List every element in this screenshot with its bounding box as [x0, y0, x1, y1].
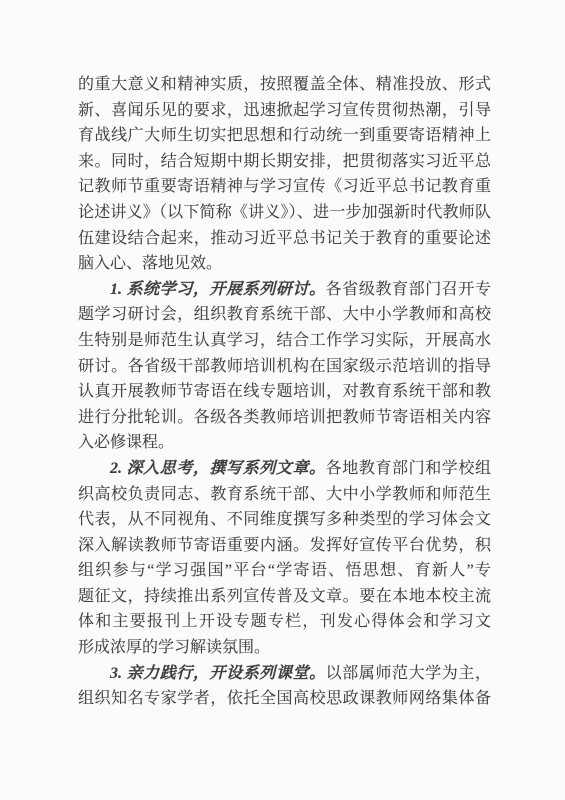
text-line: 组织参与“学习强国”平台“学寄语、悟思想、育新人”专 — [78, 558, 491, 584]
line-text: 脑入心、落地见效。 — [78, 255, 222, 272]
line-text: 育战线广大师生切实把思想和行动统一到重要寄语精神上 — [78, 127, 491, 144]
line-text: 深入解读教师节寄语重要内涵。发挥好宣传平台优势，积极 — [78, 537, 491, 559]
line-text: 形成浓厚的学习解读氛围。 — [78, 639, 270, 656]
text-line: 来。同时，结合短期中期长期安排，把贯彻落实习近平总书 — [78, 149, 491, 175]
line-text: 入必修课程。 — [78, 434, 174, 451]
text-line: 织高校负责同志、教育系统干部、大中小学教师和师范生等 — [78, 482, 491, 508]
line-text: 论述讲义》（以下简称《讲义》）、进一步加强新时代教师队 — [78, 204, 491, 221]
paragraph-heading: 3. 亲力践行，开设系列课堂。 — [110, 665, 326, 682]
text-line: 代表，从不同视角、不同维度撰写多种类型的学习体会文章， — [78, 507, 491, 533]
text-line: 2. 深入思考，撰写系列文章。各地教育部门和学校组 — [78, 456, 491, 482]
line-text: 组织参与“学习强国”平台“学寄语、悟思想、育新人”专 — [78, 562, 491, 579]
text-line: 的重大意义和精神实质，按照覆盖全体、精准投放、形式创 — [78, 72, 491, 98]
text-line: 组织知名专家学者，依托全国高校思政课教师网络集体备课 — [78, 686, 491, 712]
text-line: 进行分批轮训。各级各类教师培训把教师节寄语相关内容纳 — [78, 405, 491, 431]
line-text: 各省级教育部门召开专 — [326, 281, 491, 298]
line-text: 认真开展教师节寄语在线专题培训，对教育系统干部和教师 — [78, 383, 491, 405]
line-text: 新、喜闻乐见的要求，迅速掀起学习宣传贯彻热潮，引导教 — [78, 102, 491, 124]
paragraph-heading: 1. 系统学习，开展系列研讨。 — [110, 281, 326, 298]
text-line: 新、喜闻乐见的要求，迅速掀起学习宣传贯彻热潮，引导教 — [78, 98, 491, 124]
text-line: 深入解读教师节寄语重要内涵。发挥好宣传平台优势，积极 — [78, 533, 491, 559]
line-text: 进行分批轮训。各级各类教师培训把教师节寄语相关内容纳 — [78, 409, 491, 431]
text-line: 题学习研讨会，组织教育系统干部、大中小学教师和高校学 — [78, 302, 491, 328]
text-line: 3. 亲力践行，开设系列课堂。以部属师范大学为主， — [78, 661, 491, 687]
text-line: 体和主要报刊上开设专题专栏，刊发心得体会和学习文章， — [78, 609, 491, 635]
text-line: 论述讲义》（以下简称《讲义》）、进一步加强新时代教师队 — [78, 200, 491, 226]
line-text: 各地教育部门和学校组 — [326, 460, 491, 477]
text-line: 认真开展教师节寄语在线专题培训，对教育系统干部和教师 — [78, 379, 491, 405]
line-text: 来。同时，结合短期中期长期安排，把贯彻落实习近平总书 — [78, 153, 491, 175]
text-line: 育战线广大师生切实把思想和行动统一到重要寄语精神上 — [78, 123, 491, 149]
line-text: 的重大意义和精神实质，按照覆盖全体、精准投放、形式创 — [78, 76, 491, 98]
line-text: 题征文，持续推出系列宣传普及文章。要在本地本校主流媒 — [78, 588, 491, 610]
line-text: 伍建设结合起来，推动习近平总书记关于教育的重要论述入 — [78, 230, 491, 252]
line-text: 体和主要报刊上开设专题专栏，刊发心得体会和学习文章， — [78, 613, 491, 635]
document-page: 的重大意义和精神实质，按照覆盖全体、精准投放、形式创新、喜闻乐见的要求，迅速掀起… — [0, 0, 565, 800]
text-line: 生特别是师范生认真学习，结合工作学习实际，开展高水平 — [78, 328, 491, 354]
line-text: 以部属师范大学为主， — [326, 665, 491, 682]
text-line: 入必修课程。 — [78, 430, 491, 456]
line-text: 研讨。各省级干部教师培训机构在国家级示范培训的指导下， — [78, 358, 491, 380]
line-text: 代表，从不同视角、不同维度撰写多种类型的学习体会文章， — [78, 511, 491, 533]
text-line: 1. 系统学习，开展系列研讨。各省级教育部门召开专 — [78, 277, 491, 303]
line-text: 生特别是师范生认真学习，结合工作学习实际，开展高水平 — [78, 332, 491, 354]
text-line: 脑入心、落地见效。 — [78, 251, 491, 277]
text-line: 题征文，持续推出系列宣传普及文章。要在本地本校主流媒 — [78, 584, 491, 610]
text-line: 伍建设结合起来，推动习近平总书记关于教育的重要论述入 — [78, 226, 491, 252]
text-line: 研讨。各省级干部教师培训机构在国家级示范培训的指导下， — [78, 354, 491, 380]
line-text: 题学习研讨会，组织教育系统干部、大中小学教师和高校学 — [78, 306, 491, 328]
line-text: 记教师节重要寄语精神与学习宣传《习近平总书记教育重要 — [78, 178, 491, 200]
line-text: 织高校负责同志、教育系统干部、大中小学教师和师范生等 — [78, 486, 491, 508]
text-line: 记教师节重要寄语精神与学习宣传《习近平总书记教育重要 — [78, 174, 491, 200]
text-line: 形成浓厚的学习解读氛围。 — [78, 635, 491, 661]
paragraph-heading: 2. 深入思考，撰写系列文章。 — [110, 460, 326, 477]
line-text: 组织知名专家学者，依托全国高校思政课教师网络集体备课 — [78, 690, 491, 712]
text-block: 的重大意义和精神实质，按照覆盖全体、精准投放、形式创新、喜闻乐见的要求，迅速掀起… — [78, 72, 491, 712]
